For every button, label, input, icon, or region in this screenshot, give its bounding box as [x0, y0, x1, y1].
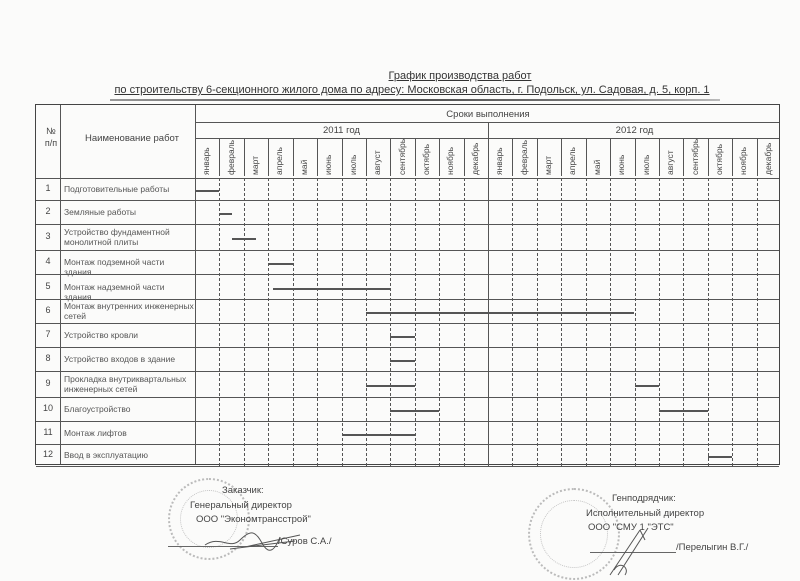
- table-row: 7Устройство кровли: [36, 323, 781, 347]
- row-number: 7: [36, 329, 60, 339]
- customer-name: /Суров С.А./: [278, 536, 332, 547]
- month-divider: [415, 138, 416, 176]
- month-header: август: [372, 141, 382, 175]
- month-divider: [317, 138, 318, 176]
- month-header: апрель: [567, 141, 577, 175]
- month-divider: [708, 138, 709, 176]
- work-name: Монтаж лифтов: [64, 428, 194, 438]
- month-header: май: [299, 141, 309, 175]
- table-row: 3Устройство фундаментной монолитной плит…: [36, 224, 781, 250]
- contractor-signature-icon: [600, 520, 660, 580]
- month-divider: [683, 138, 684, 176]
- month-divider: [586, 138, 587, 176]
- month-divider: [439, 138, 440, 176]
- document-title: График производства работ: [60, 70, 800, 82]
- work-name: Подготовительные работы: [64, 184, 194, 194]
- month-divider: [464, 138, 465, 176]
- month-divider: [390, 138, 391, 176]
- month-divider: [268, 138, 269, 176]
- work-name: Устройство фундаментной монолитной плиты: [64, 227, 194, 247]
- month-header: октябрь: [421, 141, 431, 175]
- schedule-bar: [390, 336, 414, 338]
- month-divider: [293, 138, 294, 176]
- schedule-bar: [635, 385, 659, 387]
- schedule-bar: [366, 312, 635, 314]
- month-divider: [537, 138, 538, 176]
- work-name: Монтаж внутренних инженерных сетей: [64, 301, 194, 321]
- schedule-bar: [659, 410, 708, 412]
- document-subtitle: по строительству 6-секционного жилого до…: [12, 84, 800, 96]
- schedule-bar: [268, 263, 292, 265]
- month-header: март: [543, 141, 553, 175]
- schedule-bar: [708, 456, 732, 458]
- col-num-header: № п/п: [40, 125, 62, 149]
- month-divider: [342, 138, 343, 176]
- row-number: 8: [36, 353, 60, 363]
- header-divider: [195, 122, 779, 123]
- month-header: октябрь: [714, 141, 724, 175]
- contractor-name: /Перелыгин В.Г./: [676, 542, 748, 553]
- table-row: 9Прокладка внутриквартальных инженерных …: [36, 371, 781, 397]
- table-row: 5Монтаж надземной части здания: [36, 274, 781, 299]
- table-row: 6Монтаж внутренних инженерных сетей: [36, 299, 781, 323]
- table-row: 4Монтаж подземной части здания: [36, 250, 781, 274]
- month-divider: [244, 138, 245, 176]
- month-header: февраль: [226, 141, 236, 175]
- schedule-bar: [342, 434, 415, 436]
- year-header-2011: 2011 год: [195, 125, 488, 136]
- schedule-bar: [232, 238, 256, 240]
- month-header: декабрь: [470, 141, 480, 175]
- customer-company: ООО "Экономтрансстрой": [196, 514, 311, 525]
- month-divider: [561, 138, 562, 176]
- month-header: декабрь: [763, 141, 773, 175]
- month-divider: [366, 138, 367, 176]
- month-divider: [757, 138, 758, 176]
- month-header: июль: [641, 141, 651, 175]
- year-header-2012: 2012 год: [488, 125, 781, 136]
- schedule-bar: [366, 385, 415, 387]
- month-divider: [610, 138, 611, 176]
- month-header: май: [592, 141, 602, 175]
- month-header: август: [665, 141, 675, 175]
- row-number: 1: [36, 183, 60, 193]
- work-name: Устройство входов в здание: [64, 354, 194, 364]
- schedule-bar: [195, 190, 219, 192]
- month-divider: [659, 138, 660, 176]
- row-number: 4: [36, 256, 60, 266]
- month-header: апрель: [274, 141, 284, 175]
- table-row: 2Земляные работы: [36, 200, 781, 224]
- table-row: 8Устройство входов в здание: [36, 347, 781, 371]
- col-name-header: Наименование работ: [70, 133, 194, 144]
- month-header: июнь: [616, 141, 626, 175]
- work-name: Земляные работы: [64, 207, 194, 217]
- schedule-bar: [390, 360, 414, 362]
- table-row: 11Монтаж лифтов: [36, 421, 781, 444]
- title-rule: [110, 99, 720, 101]
- row-number: 10: [36, 403, 60, 413]
- table-row: 12Ввод в эксплуатацию: [36, 444, 781, 466]
- contractor-position: Исполнительный директор: [586, 508, 704, 519]
- month-header: июнь: [323, 141, 333, 175]
- table-row: 10Благоустройство: [36, 397, 781, 421]
- row-number: 12: [36, 449, 60, 459]
- customer-position: Генеральный директор: [190, 500, 292, 511]
- month-header: сентябрь: [397, 141, 407, 175]
- customer-role: Заказчик:: [222, 485, 264, 496]
- month-divider: [732, 138, 733, 176]
- month-header: март: [250, 141, 260, 175]
- month-divider: [488, 138, 489, 176]
- row-number: 11: [36, 427, 60, 437]
- row-divider: [36, 466, 779, 467]
- month-header: январь: [201, 141, 211, 175]
- work-name: Прокладка внутриквартальных инженерных с…: [64, 374, 194, 394]
- row-number: 5: [36, 281, 60, 291]
- month-divider: [219, 138, 220, 176]
- schedule-table: № п/п Наименование работ Сроки выполнени…: [35, 104, 780, 465]
- month-header: февраль: [519, 141, 529, 175]
- month-header: январь: [494, 141, 504, 175]
- schedule-bar: [390, 410, 439, 412]
- month-header: июль: [348, 141, 358, 175]
- month-header: сентябрь: [690, 141, 700, 175]
- work-name: Благоустройство: [64, 404, 194, 414]
- month-divider: [512, 138, 513, 176]
- month-divider: [635, 138, 636, 176]
- month-header: ноябрь: [445, 141, 455, 175]
- work-name: Устройство кровли: [64, 330, 194, 340]
- row-number: 3: [36, 231, 60, 241]
- month-header: ноябрь: [738, 141, 748, 175]
- row-number: 2: [36, 206, 60, 216]
- contractor-role: Генподрядчик:: [612, 493, 676, 504]
- row-number: 6: [36, 305, 60, 315]
- schedule-bar: [273, 288, 390, 290]
- work-name: Ввод в эксплуатацию: [64, 450, 194, 460]
- period-header: Сроки выполнения: [195, 109, 781, 120]
- table-row: 1Подготовительные работы: [36, 178, 781, 200]
- row-number: 9: [36, 378, 60, 388]
- schedule-bar: [219, 213, 231, 215]
